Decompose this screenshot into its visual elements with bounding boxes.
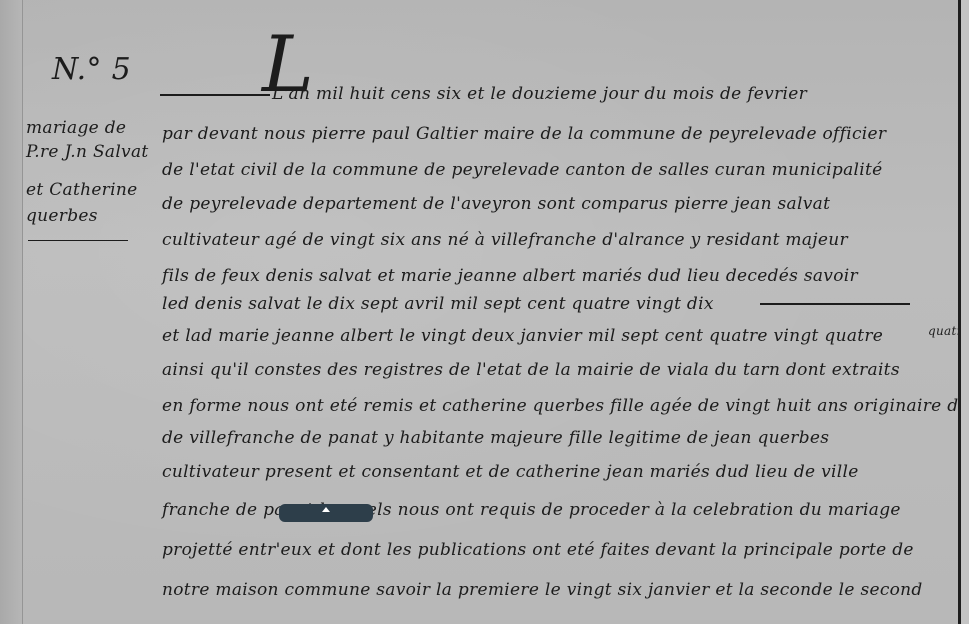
record-line: et lad marie jeanne albert le vingt deux… bbox=[162, 326, 883, 346]
record-line: en forme nous ont eté remis et catherine… bbox=[162, 396, 969, 416]
record-line: cultivateur agé de vingt six ans né à vi… bbox=[162, 230, 848, 250]
margin-note-line: et Catherine bbox=[26, 180, 137, 200]
record-line: ainsi qu'il constes des registres de l'e… bbox=[162, 360, 900, 380]
margin-note-line: querbes bbox=[26, 206, 98, 226]
record-line: de peyrelevade departement de l'aveyron … bbox=[162, 194, 830, 214]
line-filler-rule bbox=[760, 303, 910, 305]
record-line: franche de panat lesquels nous ont requi… bbox=[162, 500, 901, 520]
page-left-edge bbox=[0, 0, 23, 624]
record-line: led denis salvat le dix sept avril mil s… bbox=[162, 294, 714, 314]
collapse-toggle-button[interactable] bbox=[279, 504, 373, 522]
record-number: N.° 5 bbox=[52, 52, 131, 87]
record-line: L'an mil huit cens six et le douzieme jo… bbox=[272, 84, 807, 104]
caret-up-icon bbox=[322, 507, 330, 512]
record-line: de villefranche de panat y habitante maj… bbox=[162, 428, 829, 448]
margin-underline bbox=[28, 240, 128, 241]
record-line: par devant nous pierre paul Galtier mair… bbox=[162, 124, 886, 144]
record-line: projetté entr'eux et dont les publicatio… bbox=[162, 540, 914, 560]
margin-note-line: P.re J.n Salvat bbox=[26, 142, 149, 162]
margin-note-line: mariage de bbox=[26, 118, 126, 138]
record-line: fils de feux denis salvat et marie jeann… bbox=[162, 266, 858, 286]
record-line: cultivateur present et consentant et de … bbox=[162, 462, 859, 482]
record-line: notre maison commune savoir la premiere … bbox=[162, 580, 923, 600]
record-line: de l'etat civil de la commune de peyrele… bbox=[162, 160, 882, 180]
page-right-margin bbox=[961, 0, 969, 624]
initial-flourish bbox=[160, 94, 270, 96]
scanned-document-page: N.° 5 mariage de P.re J.n Salvat et Cath… bbox=[0, 0, 969, 624]
